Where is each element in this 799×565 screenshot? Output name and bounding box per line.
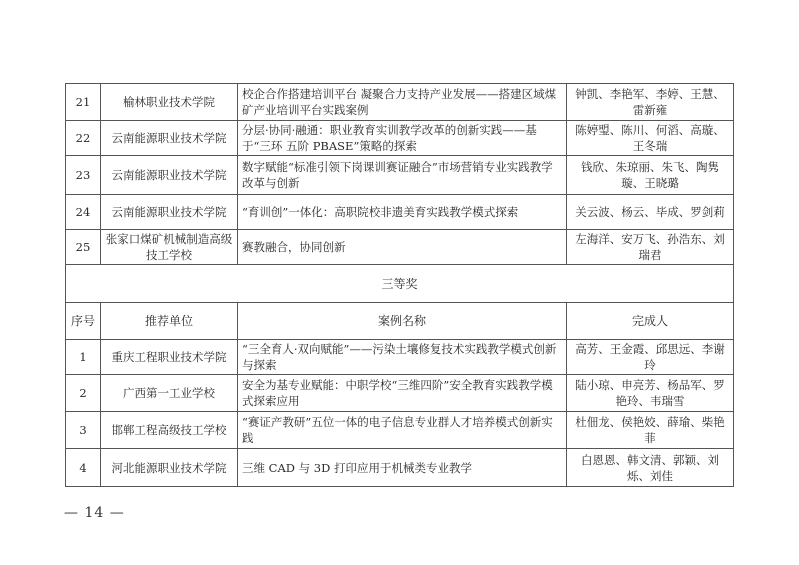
recommending-unit: 榆林职业技术学院 bbox=[101, 84, 238, 121]
completed-by: 钟凯、李艳军、李婷、王慧、雷新雍 bbox=[567, 84, 734, 121]
header-no: 序号 bbox=[66, 303, 101, 340]
completed-by: 钱欣、朱琼丽、朱飞、陶隽璇、王晓璐 bbox=[567, 156, 734, 195]
completed-by: 陈婷琞、陈川、何滔、高璇、王冬瑞 bbox=[567, 121, 734, 156]
recommending-unit: 云南能源职业技术学院 bbox=[101, 195, 238, 230]
table-row: 23 云南能源职业技术学院 数字赋能“标准引领下岗课训赛证融合”市场营销专业实践… bbox=[66, 156, 734, 195]
recommending-unit: 邯郸工程高级技工学校 bbox=[101, 412, 238, 449]
recommending-unit: 河北能源职业技术学院 bbox=[101, 449, 238, 487]
recommending-unit: 张家口煤矿机械制造高级技工学校 bbox=[101, 230, 238, 265]
row-number: 21 bbox=[66, 84, 101, 121]
case-name: 赛教融合，协同创新 bbox=[238, 230, 567, 265]
completed-by: 白恩恩、韩文清、郭颖、刘烁、刘佳 bbox=[567, 449, 734, 487]
section-title: 三等奖 bbox=[66, 265, 734, 303]
case-name: “赛证产教研”五位一体的电子信息专业群人才培养模式创新实践 bbox=[238, 412, 567, 449]
table-row: 21 榆林职业技术学院 校企合作搭建培训平台 凝聚合力支持产业发展——搭建区域煤… bbox=[66, 84, 734, 121]
completed-by: 左海洋、安万飞、孙浩东、刘瑞君 bbox=[567, 230, 734, 265]
page-number: — 14 — bbox=[64, 505, 125, 521]
case-name: 安全为基专业赋能：中职学校“三维四阶”安全教育实践教学模式探索应用 bbox=[238, 375, 567, 412]
recommending-unit: 云南能源职业技术学院 bbox=[101, 121, 238, 156]
row-number: 23 bbox=[66, 156, 101, 195]
row-number: 22 bbox=[66, 121, 101, 156]
row-number: 3 bbox=[66, 412, 101, 449]
row-number: 1 bbox=[66, 340, 101, 375]
row-number: 24 bbox=[66, 195, 101, 230]
section-header-third-prize: 三等奖 bbox=[66, 265, 734, 303]
recommending-unit: 云南能源职业技术学院 bbox=[101, 156, 238, 195]
table-row: 24 云南能源职业技术学院 “育训创”一体化：高职院校非遗美育实践教学模式探索 … bbox=[66, 195, 734, 230]
table-row: 3 邯郸工程高级技工学校 “赛证产教研”五位一体的电子信息专业群人才培养模式创新… bbox=[66, 412, 734, 449]
header-people: 完成人 bbox=[567, 303, 734, 340]
completed-by: 高芳、王金霞、邱思远、李谢玲 bbox=[567, 340, 734, 375]
table-row: 4 河北能源职业技术学院 三维 CAD 与 3D 打印应用于机械类专业教学 白恩… bbox=[66, 449, 734, 487]
document-page: 21 榆林职业技术学院 校企合作搭建培训平台 凝聚合力支持产业发展——搭建区域煤… bbox=[0, 0, 799, 565]
table-row: 1 重庆工程职业技术学院 “三全育人·双向赋能”——污染土壤修复技术实践教学模式… bbox=[66, 340, 734, 375]
header-unit: 推荐单位 bbox=[101, 303, 238, 340]
table-row: 25 张家口煤矿机械制造高级技工学校 赛教融合，协同创新 左海洋、安万飞、孙浩东… bbox=[66, 230, 734, 265]
recommending-unit: 广西第一工业学校 bbox=[101, 375, 238, 412]
completed-by: 关云波、杨云、毕成、罗剑莉 bbox=[567, 195, 734, 230]
completed-by: 陆小琼、申亮芳、杨品军、罗艳玲、韦瑞雪 bbox=[567, 375, 734, 412]
case-name: “育训创”一体化：高职院校非遗美育实践教学模式探索 bbox=[238, 195, 567, 230]
row-number: 2 bbox=[66, 375, 101, 412]
case-name: 数字赋能“标准引领下岗课训赛证融合”市场营销专业实践教学改革与创新 bbox=[238, 156, 567, 195]
table-row: 22 云南能源职业技术学院 分层·协同·融通：职业教育实训教学改革的创新实践——… bbox=[66, 121, 734, 156]
case-name: 三维 CAD 与 3D 打印应用于机械类专业教学 bbox=[238, 449, 567, 487]
case-name: 校企合作搭建培训平台 凝聚合力支持产业发展——搭建区域煤矿产业培训平台实践案例 bbox=[238, 84, 567, 121]
table-row: 2 广西第一工业学校 安全为基专业赋能：中职学校“三维四阶”安全教育实践教学模式… bbox=[66, 375, 734, 412]
case-name: “三全育人·双向赋能”——污染土壤修复技术实践教学模式创新与探索 bbox=[238, 340, 567, 375]
column-header-row: 序号 推荐单位 案例名称 完成人 bbox=[66, 303, 734, 340]
completed-by: 杜佃龙、侯艳姣、薛瑜、柴艳菲 bbox=[567, 412, 734, 449]
row-number: 4 bbox=[66, 449, 101, 487]
award-table: 21 榆林职业技术学院 校企合作搭建培训平台 凝聚合力支持产业发展——搭建区域煤… bbox=[65, 83, 734, 487]
row-number: 25 bbox=[66, 230, 101, 265]
recommending-unit: 重庆工程职业技术学院 bbox=[101, 340, 238, 375]
case-name: 分层·协同·融通：职业教育实训教学改革的创新实践——基于“三环 五阶 PBASE… bbox=[238, 121, 567, 156]
header-case: 案例名称 bbox=[238, 303, 567, 340]
